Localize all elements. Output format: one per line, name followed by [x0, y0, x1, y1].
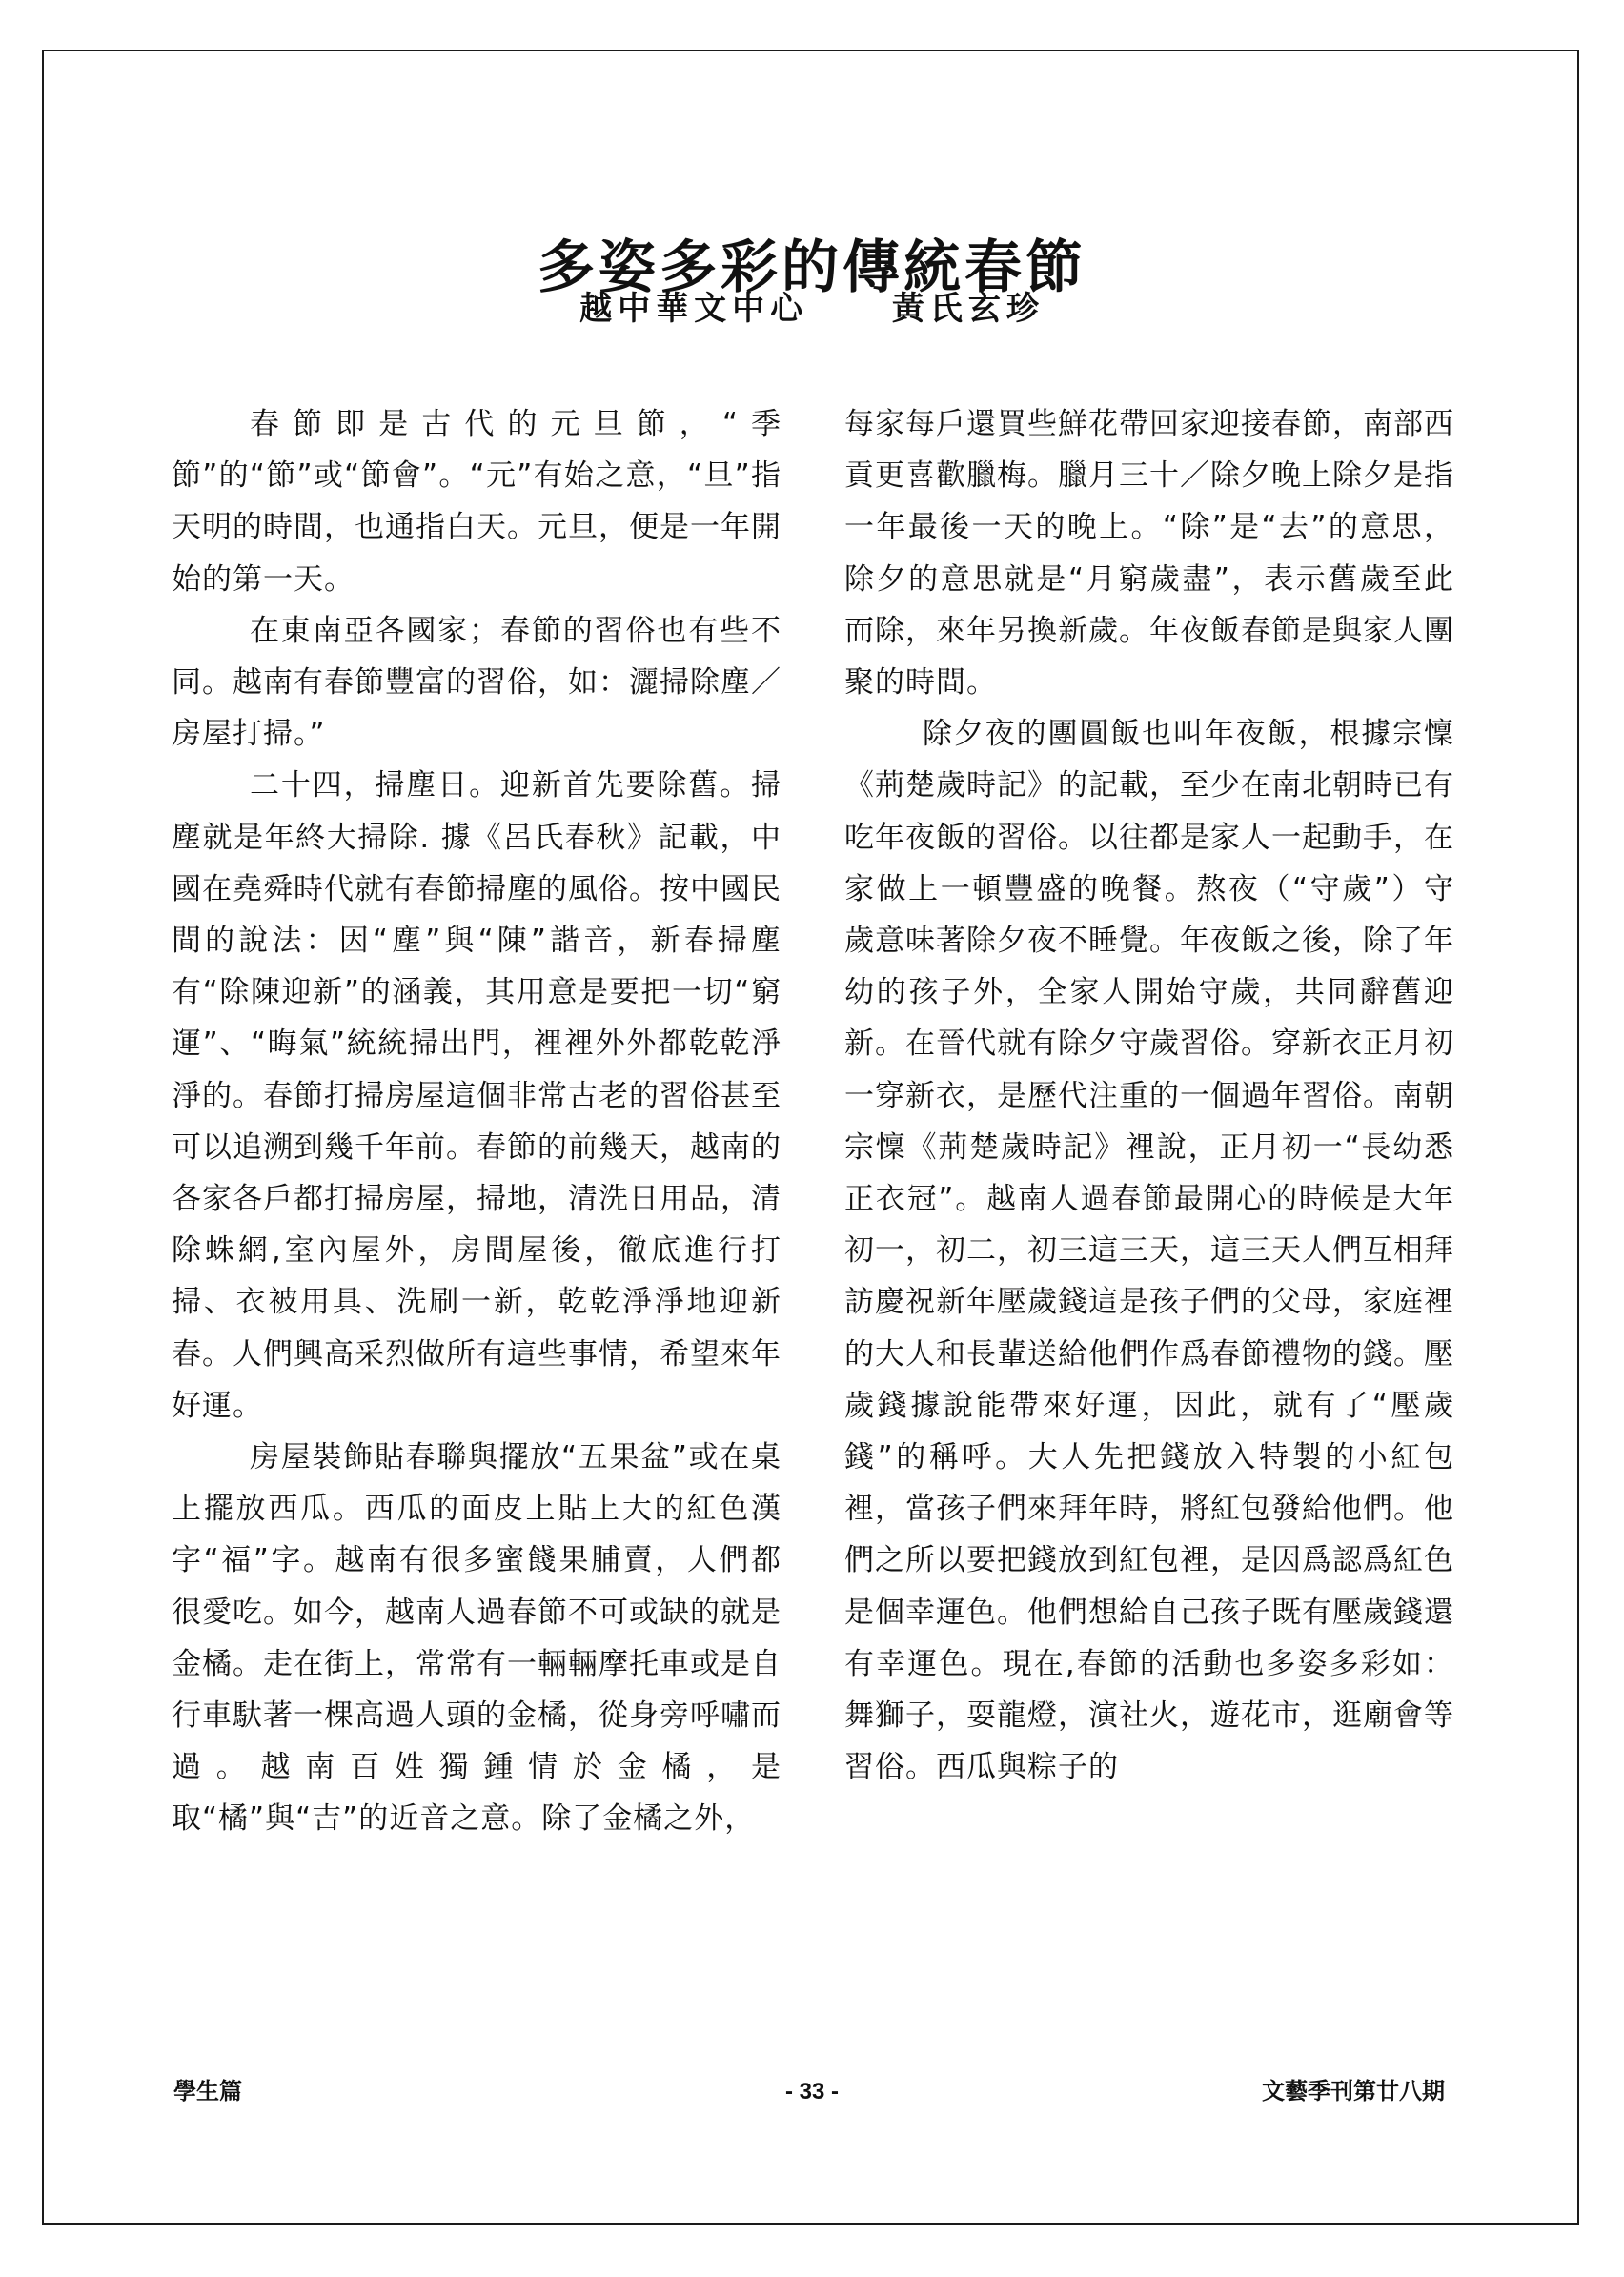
paragraph: 除夕夜的團圓飯也叫年夜飯，根據宗懍《荊楚歲時記》的記載，至少在南北朝時已有吃年夜…	[844, 708, 1454, 1793]
right-column: 每家每戶還買些鮮花帶回家迎接春節，南部西貢更喜歡臘梅。臘月三十／除夕晚上除夕是指…	[844, 398, 1454, 1793]
paragraph: 房屋裝飾貼春聯與擺放“五果盆”或在桌上擺放西瓜。西瓜的面皮上貼上大的紅色漢字“福…	[172, 1432, 782, 1845]
paragraph: 春節即是古代的元旦節，“季節”的“節”或“節會”。“元”有始之意，“旦”指天明的…	[172, 398, 782, 605]
author-name: 黃氏玄珍	[892, 290, 1045, 328]
publication-name: 文藝季刊第廿八期	[1262, 2078, 1445, 2106]
byline: 越中華文中心 黃氏玄珍	[0, 288, 1624, 330]
paragraph: 二十四，掃塵日。迎新首先要除舊。掃塵就是年終大掃除. 據《呂氏春秋》記載，中國在…	[172, 760, 782, 1432]
paragraph: 在東南亞各國家；春節的習俗也有些不同。越南有春節豐富的習俗，如：灑掃除塵／房屋打…	[172, 605, 782, 761]
left-column: 春節即是古代的元旦節，“季節”的“節”或“節會”。“元”有始之意，“旦”指天明的…	[172, 398, 782, 1845]
author-organization: 越中華文中心	[579, 290, 808, 328]
paragraph: 每家每戶還買些鮮花帶回家迎接春節，南部西貢更喜歡臘梅。臘月三十／除夕晚上除夕是指…	[844, 398, 1454, 708]
